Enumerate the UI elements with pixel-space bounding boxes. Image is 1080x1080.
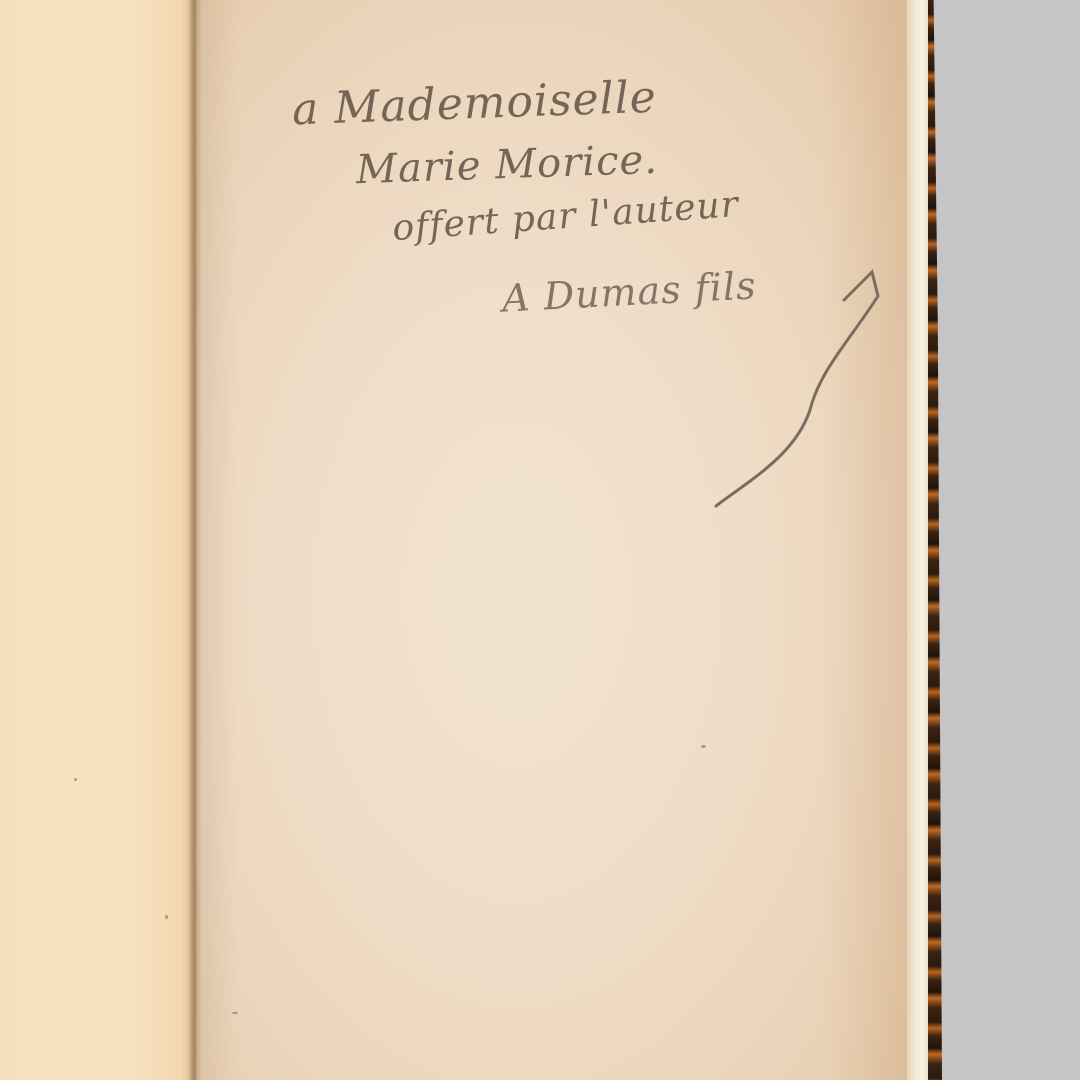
signature-flourish-icon: [700, 260, 900, 520]
book-photo: a Mademoiselle Marie Morice. offert par …: [0, 0, 1080, 1080]
paper-speck: [165, 915, 168, 919]
paper-speck: [701, 745, 706, 748]
book-gutter: [188, 0, 202, 1080]
paper-speck: [74, 778, 77, 781]
page-block-edge: [906, 0, 929, 1080]
paper-speck: [232, 1012, 238, 1014]
